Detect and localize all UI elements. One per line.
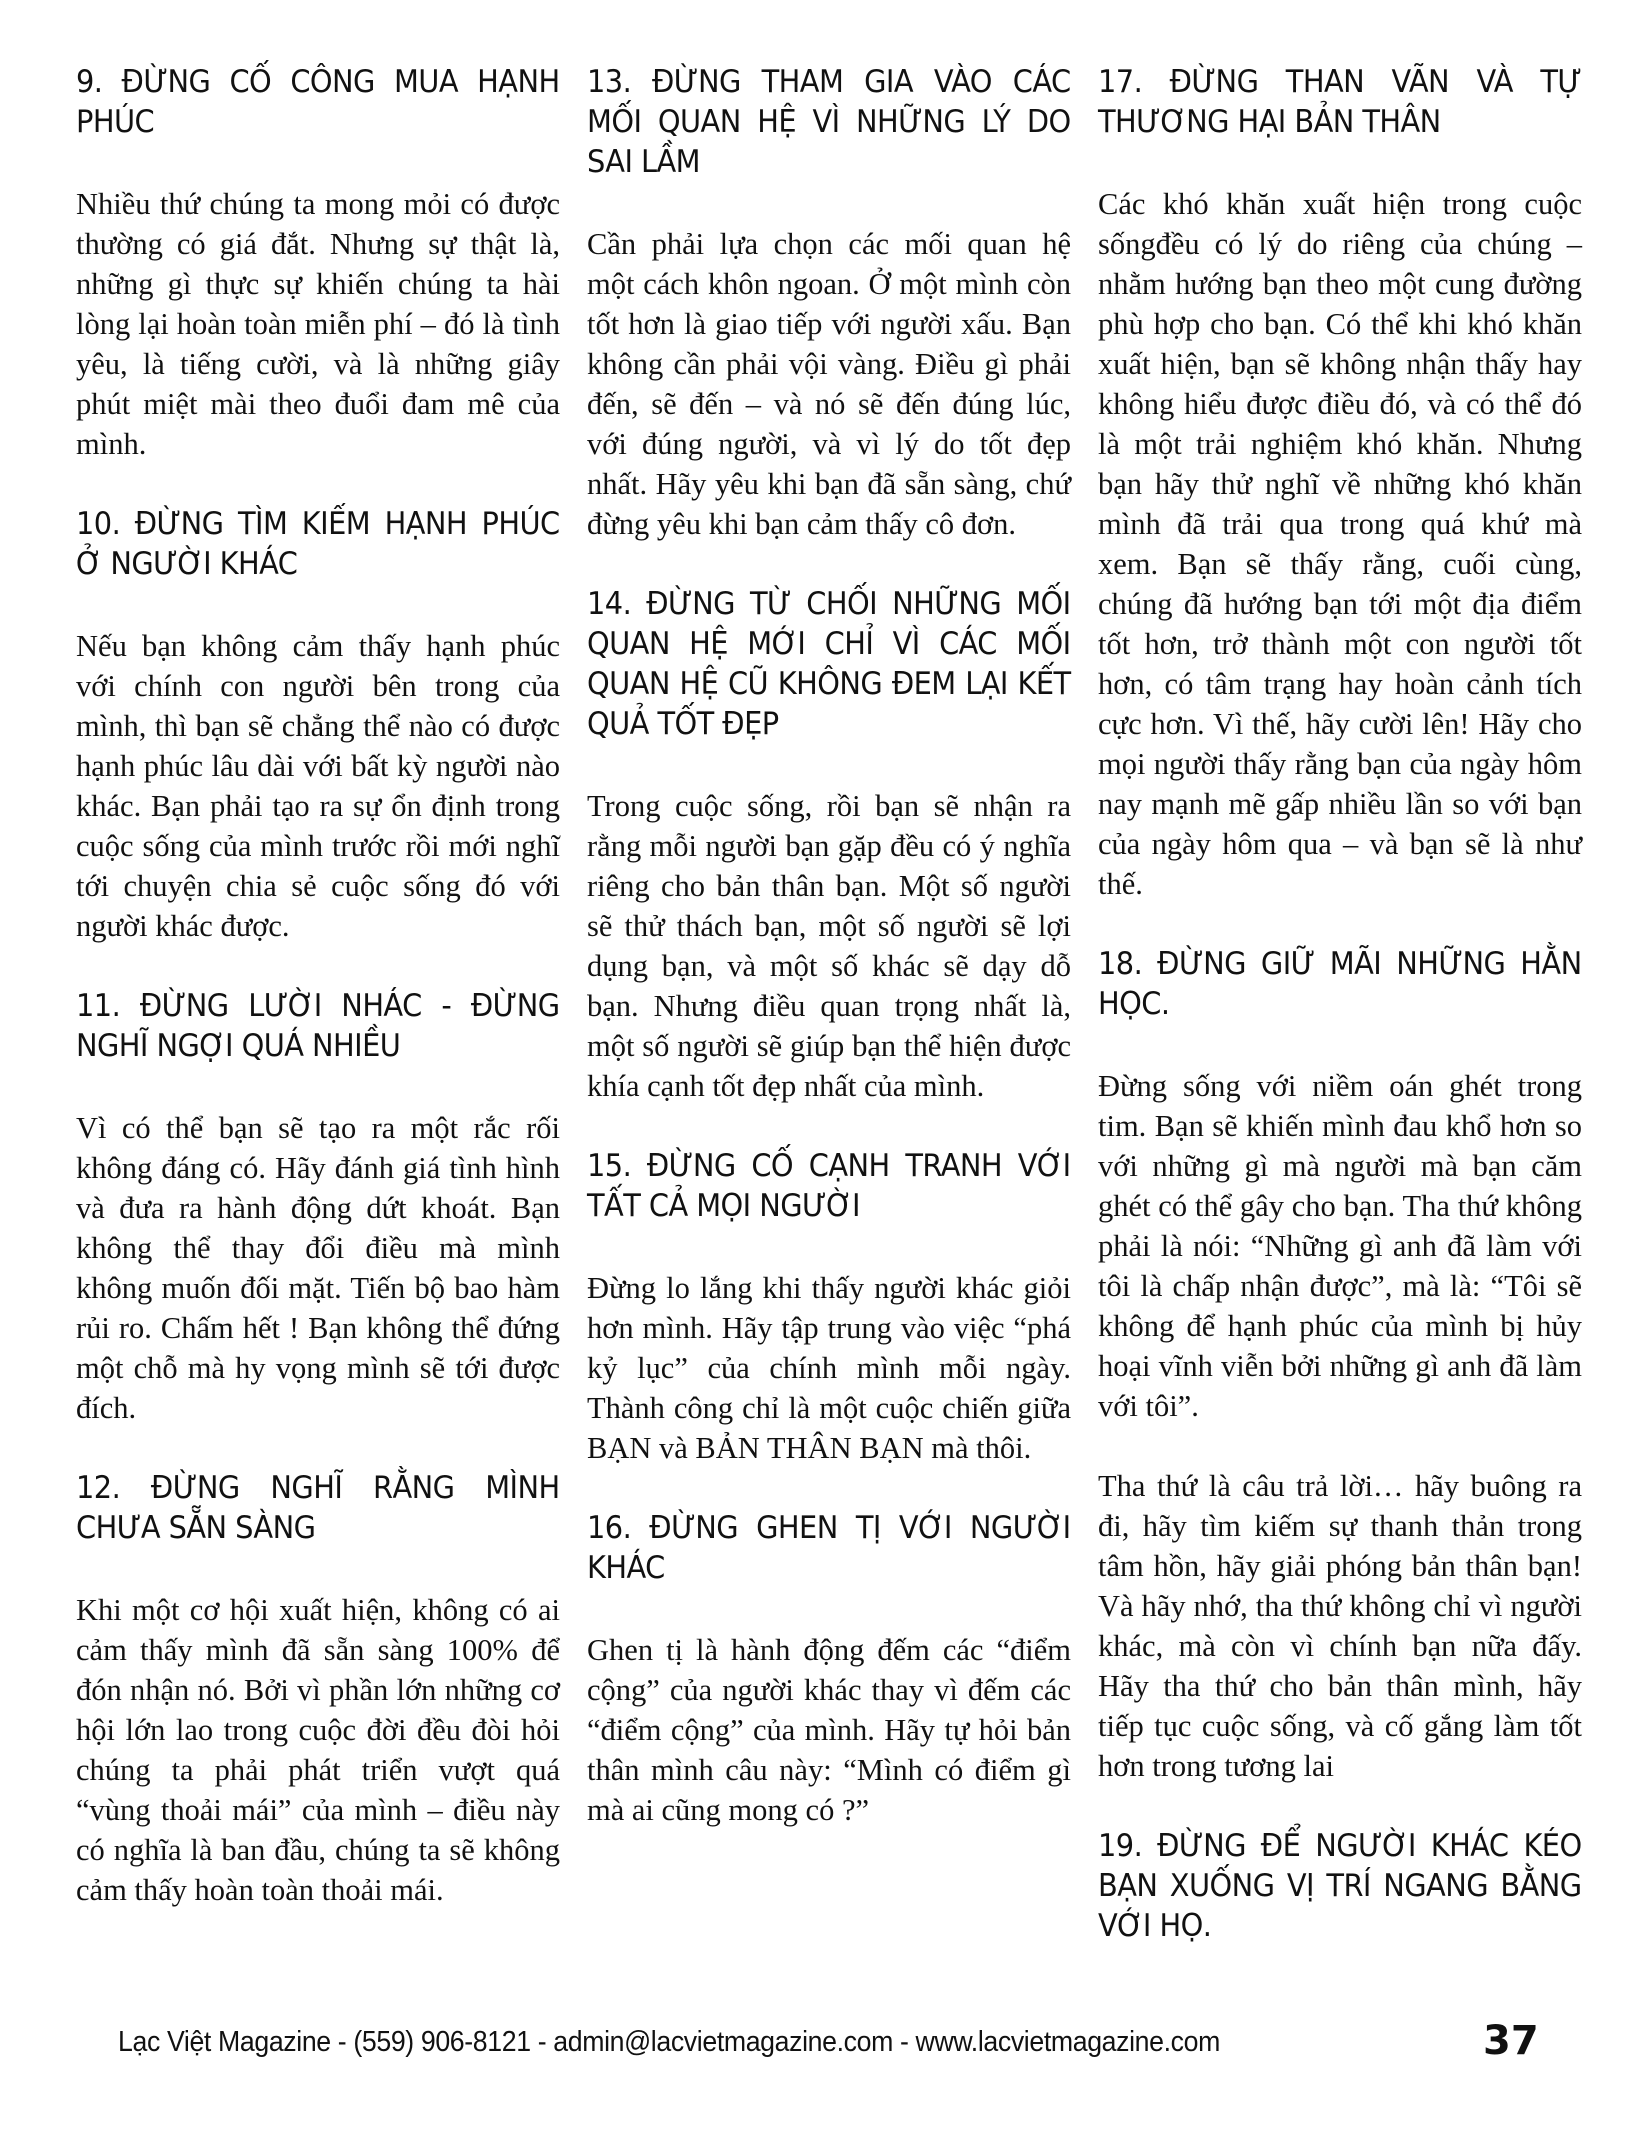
section-17: 17. ĐỪNG THAN VÃN VÀ TỰ THƯƠNG HẠI BẢN T… xyxy=(1098,62,1582,904)
section-body: Cần phải lựa chọn các mối quan hệ một cá… xyxy=(587,224,1071,544)
paragraph: Tha thứ là câu trả lời… hãy buông ra đi,… xyxy=(1098,1466,1582,1786)
section-body: Nếu bạn không cảm thấy hạnh phúc với chí… xyxy=(76,626,560,946)
section-heading: 9. ĐỪNG CỐ CÔNG MUA HẠNH PHÚC xyxy=(76,62,560,142)
section-body: Vì có thể bạn sẽ tạo ra một rắc rối khôn… xyxy=(76,1108,560,1428)
section-heading: 11. ĐỪNG LƯỜI NHÁC - ĐỪNG NGHĨ NGỢI QUÁ … xyxy=(76,986,560,1066)
article-column-1: 9. ĐỪNG CỐ CÔNG MUA HẠNH PHÚC Nhiều thứ … xyxy=(76,62,560,1950)
section-14: 14. ĐỪNG TỪ CHỐI NHỮNG MỐI QUAN HỆ MỚI C… xyxy=(587,584,1071,1106)
article-column-3: 17. ĐỪNG THAN VÃN VÀ TỰ THƯƠNG HẠI BẢN T… xyxy=(1098,62,1582,1988)
section-body: Ghen tị là hành động đếm các “điểm cộng”… xyxy=(587,1630,1071,1830)
paragraph: Đừng lo lắng khi thấy người khác giỏi hơ… xyxy=(587,1268,1071,1468)
paragraph: Khi một cơ hội xuất hiện, không có ai cả… xyxy=(76,1590,560,1910)
paragraph: Trong cuộc sống, rồi bạn sẽ nhận ra rằng… xyxy=(587,786,1071,1106)
magazine-page: 9. ĐỪNG CỐ CÔNG MUA HẠNH PHÚC Nhiều thứ … xyxy=(0,0,1650,2150)
section-body: Các khó khăn xuất hiện trong cuộc sốngđề… xyxy=(1098,184,1582,904)
section-body: Đừng sống với niềm oán ghét trong tim. B… xyxy=(1098,1066,1582,1786)
section-heading: 14. ĐỪNG TỪ CHỐI NHỮNG MỐI QUAN HỆ MỚI C… xyxy=(587,584,1071,744)
paragraph: Cần phải lựa chọn các mối quan hệ một cá… xyxy=(587,224,1071,544)
section-heading: 13. ĐỪNG THAM GIA VÀO CÁC MỐI QUAN HỆ VÌ… xyxy=(587,62,1071,182)
section-11: 11. ĐỪNG LƯỜI NHÁC - ĐỪNG NGHĨ NGỢI QUÁ … xyxy=(76,986,560,1428)
section-18: 18. ĐỪNG GIỮ MÃI NHỮNG HẰN HỌC. Đừng sốn… xyxy=(1098,944,1582,1786)
section-body: Nhiều thứ chúng ta mong mỏi có được thườ… xyxy=(76,184,560,464)
section-body: Trong cuộc sống, rồi bạn sẽ nhận ra rằng… xyxy=(587,786,1071,1106)
paragraph: Đừng sống với niềm oán ghét trong tim. B… xyxy=(1098,1066,1582,1426)
paragraph: Ghen tị là hành động đếm các “điểm cộng”… xyxy=(587,1630,1071,1830)
section-10: 10. ĐỪNG TÌM KIẾM HẠNH PHÚC Ở NGƯỜI KHÁC… xyxy=(76,504,560,946)
paragraph: Nhiều thứ chúng ta mong mỏi có được thườ… xyxy=(76,184,560,464)
section-heading: 17. ĐỪNG THAN VÃN VÀ TỰ THƯƠNG HẠI BẢN T… xyxy=(1098,62,1582,142)
section-heading: 12. ĐỪNG NGHĨ RẰNG MÌNH CHƯA SẴN SÀNG xyxy=(76,1468,560,1548)
footer-contact-info: Lạc Việt Magazine - (559) 906-8121 - adm… xyxy=(118,2026,1220,2059)
section-15: 15. ĐỪNG CỐ CẠNH TRANH VỚI TẤT CẢ MỌI NG… xyxy=(587,1146,1071,1468)
page-number: 37 xyxy=(1483,2018,1539,2064)
article-column-2: 13. ĐỪNG THAM GIA VÀO CÁC MỐI QUAN HỆ VÌ… xyxy=(587,62,1071,1870)
section-heading: 10. ĐỪNG TÌM KIẾM HẠNH PHÚC Ở NGƯỜI KHÁC xyxy=(76,504,560,584)
section-19: 19. ĐỪNG ĐỂ NGƯỜI KHÁC KÉO BẠN XUỐNG VỊ … xyxy=(1098,1826,1582,1946)
section-heading: 19. ĐỪNG ĐỂ NGƯỜI KHÁC KÉO BẠN XUỐNG VỊ … xyxy=(1098,1826,1582,1946)
section-9: 9. ĐỪNG CỐ CÔNG MUA HẠNH PHÚC Nhiều thứ … xyxy=(76,62,560,464)
section-13: 13. ĐỪNG THAM GIA VÀO CÁC MỐI QUAN HỆ VÌ… xyxy=(587,62,1071,544)
paragraph: Nếu bạn không cảm thấy hạnh phúc với chí… xyxy=(76,626,560,946)
page-footer: Lạc Việt Magazine - (559) 906-8121 - adm… xyxy=(0,2018,1650,2068)
paragraph: Các khó khăn xuất hiện trong cuộc sốngđề… xyxy=(1098,184,1582,904)
section-heading: 15. ĐỪNG CỐ CẠNH TRANH VỚI TẤT CẢ MỌI NG… xyxy=(587,1146,1071,1226)
section-heading: 18. ĐỪNG GIỮ MÃI NHỮNG HẰN HỌC. xyxy=(1098,944,1582,1024)
section-heading: 16. ĐỪNG GHEN TỊ VỚI NGƯỜI KHÁC xyxy=(587,1508,1071,1588)
section-body: Đừng lo lắng khi thấy người khác giỏi hơ… xyxy=(587,1268,1071,1468)
section-body: Khi một cơ hội xuất hiện, không có ai cả… xyxy=(76,1590,560,1910)
section-16: 16. ĐỪNG GHEN TỊ VỚI NGƯỜI KHÁC Ghen tị … xyxy=(587,1508,1071,1830)
paragraph: Vì có thể bạn sẽ tạo ra một rắc rối khôn… xyxy=(76,1108,560,1428)
section-12: 12. ĐỪNG NGHĨ RẰNG MÌNH CHƯA SẴN SÀNG Kh… xyxy=(76,1468,560,1910)
